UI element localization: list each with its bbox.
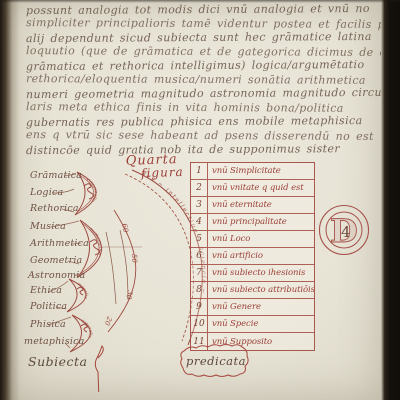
quire-mark-d4: D 4 bbox=[316, 200, 374, 262]
manuscript-page: possunt analogia tot modis dici vnū anal… bbox=[4, 0, 382, 400]
subiecta-label: Subiecta bbox=[28, 354, 88, 369]
subject-geometria: Geometria bbox=[30, 255, 82, 266]
connector-line-1 bbox=[106, 232, 116, 304]
table-row: vnū artificio bbox=[208, 248, 314, 265]
subject-phisica: Phisica bbox=[30, 319, 66, 330]
table-row: vnū subiecto attributiōis bbox=[208, 282, 314, 299]
subject-ethica: Ethica bbox=[30, 285, 62, 296]
photo-background-top bbox=[0, 0, 400, 3]
crescent-label-moral: moralis bbox=[76, 282, 88, 299]
main-text-block: possunt analogia tot modis dici vnū anal… bbox=[26, 3, 382, 157]
row-number: 2 bbox=[191, 180, 208, 197]
svg-text:moralis: moralis bbox=[76, 282, 88, 299]
row-number: 8 bbox=[191, 282, 208, 299]
table-row: vnū Simplicitate bbox=[208, 163, 314, 180]
table-row: vnū Loco bbox=[208, 231, 314, 248]
row-number: 10 bbox=[191, 316, 208, 333]
crescent-label-trivium: s'mocinalis bbox=[85, 178, 98, 203]
subject-politica: Politica bbox=[30, 301, 67, 312]
table-row: vnū subiecto ihesionis bbox=[208, 265, 314, 282]
row-number: 1 bbox=[191, 163, 208, 180]
svg-text:s'mocinalis: s'mocinalis bbox=[85, 178, 98, 203]
arc-number-50: 50 bbox=[130, 254, 138, 264]
arc-number-30: 30 bbox=[124, 290, 134, 301]
table-row: vnū Genere bbox=[208, 299, 314, 316]
subject-arithmetica: Arithmetica bbox=[30, 238, 89, 249]
paraph-flourish bbox=[90, 344, 106, 392]
page-gutter-shadow bbox=[0, 0, 20, 400]
subject-astronomia: Astronomia bbox=[28, 270, 85, 281]
photo-background-right bbox=[381, 0, 400, 400]
row-number: 7 bbox=[191, 265, 208, 282]
manuscript-photo: possunt analogia tot modis dici vnū anal… bbox=[0, 0, 400, 400]
diagram-arcs bbox=[101, 170, 202, 345]
row-number: 9 bbox=[191, 299, 208, 316]
subject-metaphisica: metaphisica bbox=[24, 336, 84, 347]
row-number: 6 bbox=[191, 248, 208, 265]
table-row: vnū vnitate q quid est bbox=[208, 180, 314, 197]
row-number: 4 bbox=[191, 214, 208, 231]
subject-logica: Logica bbox=[30, 187, 63, 198]
row-number: 5 bbox=[191, 231, 208, 248]
arc-number-20: 20 bbox=[102, 314, 114, 327]
predicata-box: predicata bbox=[178, 343, 254, 379]
row-number: 3 bbox=[191, 197, 208, 214]
text-line: distincōe quid gratia nob ita de supponi… bbox=[26, 142, 382, 158]
predicata-label: predicata bbox=[186, 354, 246, 368]
arc-number-60: 60 bbox=[120, 223, 130, 234]
subject-musica: Musica bbox=[30, 221, 66, 232]
subject-gramatica: Grāmatica bbox=[30, 170, 82, 181]
predicates-table: 1 vnū Simplicitate 2 vnū vnitate q quid … bbox=[190, 162, 315, 351]
subject-rethorica: Rethorica bbox=[30, 203, 79, 214]
table-row: vnū Specie bbox=[208, 316, 314, 333]
table-row: vnū principalitate bbox=[208, 214, 314, 231]
quire-number: 4 bbox=[341, 223, 351, 241]
table-row: vnū eternitate bbox=[208, 197, 314, 214]
